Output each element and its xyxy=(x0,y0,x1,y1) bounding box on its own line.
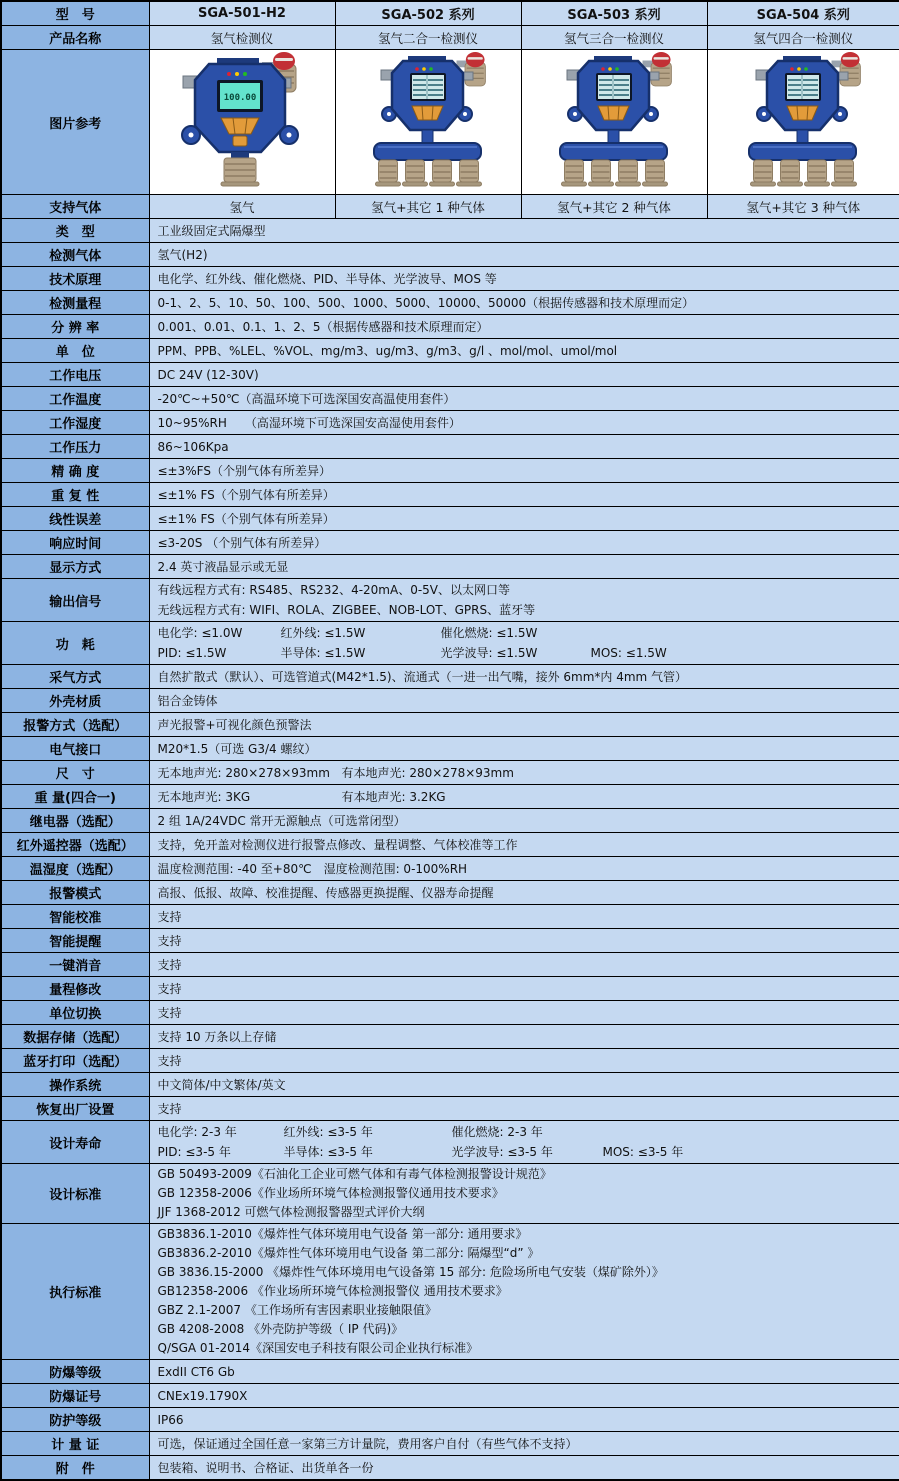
spec-value-segment: 电化学: 2-3 年 xyxy=(158,1122,284,1142)
product-name-1: 氢气检测仪 xyxy=(149,26,335,50)
spec-row: 电气接口M20*1.5（可选 G3/4 螺纹） xyxy=(1,737,899,761)
gas-sensor-probe xyxy=(832,160,857,186)
spec-row-value: 0-1、2、5、10、50、100、500、1000、5000、10000、50… xyxy=(149,291,899,315)
spec-row: 工作电压DC 24V (12-30V) xyxy=(1,363,899,387)
spec-row-label: 尺 寸 xyxy=(1,761,149,785)
spec-value-segment: 无本地声光: 280×278×93mm xyxy=(158,763,342,783)
spec-row-value: 支持 xyxy=(149,1049,899,1073)
spec-row: 显示方式2.4 英寸液晶显示或无显 xyxy=(1,555,899,579)
spec-row: 计 量 证可选，保证通过全国任意一家第三方计量院，费用客户自付（有些气体不支持） xyxy=(1,1432,899,1456)
spec-row: 附 件包装箱、说明书、合格证、出货单各一份 xyxy=(1,1456,899,1481)
gas-support-3: 氢气+其它 2 种气体 xyxy=(521,195,707,219)
spec-row-value: 电化学: ≤1.0W红外线: ≤1.5W催化燃烧: ≤1.5WPID: ≤1.5… xyxy=(149,622,899,665)
spec-row-label: 检测气体 xyxy=(1,243,149,267)
spec-row-value: 有线远程方式有: RS485、RS232、4-20mA、0-5V、以太网口等无线… xyxy=(149,579,899,622)
product-name-row: 产品名称 氢气检测仪 氢气二合一检测仪 氢气三合一检测仪 氢气四合一检测仪 xyxy=(1,26,899,50)
spec-row-label: 精 确 度 xyxy=(1,459,149,483)
spec-row: 输出信号有线远程方式有: RS485、RS232、4-20mA、0-5V、以太网… xyxy=(1,579,899,622)
gas-support-4: 氢气+其它 3 种气体 xyxy=(707,195,899,219)
spec-row-label: 防护等级 xyxy=(1,1408,149,1432)
spec-row: 单位切换支持 xyxy=(1,1001,899,1025)
gas-sensor-probe xyxy=(562,160,587,186)
spec-row-label: 技术原理 xyxy=(1,267,149,291)
spec-row-value: GB3836.1-2010《爆炸性气体环境用电气设备 第一部分: 通用要求》GB… xyxy=(149,1224,899,1360)
spec-row-label: 报警方式（选配） xyxy=(1,713,149,737)
spec-row-value: IP66 xyxy=(149,1408,899,1432)
spec-row-value: ≤±1% FS（个别气体有所差异） xyxy=(149,483,899,507)
product-image-cell: 100.00 xyxy=(149,50,335,195)
gas-sensor-probe xyxy=(589,160,614,186)
image-row: 图片参考 100.00 xyxy=(1,50,899,195)
spec-row-value: 高报、低报、故障、校准提醒、传感器更换提醒、仪器寿命提醒 xyxy=(149,881,899,905)
spec-row-value: GB 50493-2009《石油化工企业可燃气体和有毒气体检测报警设计规范》GB… xyxy=(149,1164,899,1224)
model-sga-502: SGA-502 系列 xyxy=(335,1,521,26)
spec-row: 响应时间≤3-20S （个别气体有所差异） xyxy=(1,531,899,555)
keypad xyxy=(412,106,443,120)
spec-row: 执行标准GB3836.1-2010《爆炸性气体环境用电气设备 第一部分: 通用要… xyxy=(1,1224,899,1360)
spec-row-label: 输出信号 xyxy=(1,579,149,622)
spec-row-label: 重 复 性 xyxy=(1,483,149,507)
spec-row: 红外遥控器（选配）支持，免开盖对检测仪进行报警点修改、量程调整、气体校准等工作 xyxy=(1,833,899,857)
spec-row: 检测气体氢气(H2) xyxy=(1,243,899,267)
spec-value-segment: MOS: ≤1.5W xyxy=(591,643,667,663)
spec-row: 工作湿度10~95%RH （高湿环境下可选深国安高湿使用套件） xyxy=(1,411,899,435)
spec-row-label: 检测量程 xyxy=(1,291,149,315)
spec-row: 功 耗电化学: ≤1.0W红外线: ≤1.5W催化燃烧: ≤1.5WPID: ≤… xyxy=(1,622,899,665)
spec-row-value: 铝合金铸体 xyxy=(149,689,899,713)
spec-value-segment: 有本地声光: 280×278×93mm xyxy=(342,763,514,783)
spec-row-label: 功 耗 xyxy=(1,622,149,665)
keypad xyxy=(787,106,818,120)
spec-row: 报警方式（选配）声光报警+可视化颜色预警法 xyxy=(1,713,899,737)
gas-sensor-probe xyxy=(221,158,259,186)
spec-row-label: 显示方式 xyxy=(1,555,149,579)
spec-row: 防爆等级ExdII CT6 Gb xyxy=(1,1360,899,1384)
spec-value-segment: 半导体: ≤3-5 年 xyxy=(284,1142,452,1162)
spec-row-label: 线性误差 xyxy=(1,507,149,531)
product-name-4: 氢气四合一检测仪 xyxy=(707,26,899,50)
spec-value-segment: PID: ≤3-5 年 xyxy=(158,1142,284,1162)
spec-row-value: 可选，保证通过全国任意一家第三方计量院，费用客户自付（有些气体不支持） xyxy=(149,1432,899,1456)
spec-row-value: 温度检测范围: -40 至+80℃ 湿度检测范围: 0-100%RH xyxy=(149,857,899,881)
gas-sensor-probe xyxy=(457,160,482,186)
spec-row-value: 中文简体/中文繁体/英文 xyxy=(149,1073,899,1097)
spec-row: 工作压力86~106Kpa xyxy=(1,435,899,459)
spec-row-value: 工业级固定式隔爆型 xyxy=(149,219,899,243)
gas-sensor-probe xyxy=(805,160,830,186)
spec-row-value: CNEx19.1790X xyxy=(149,1384,899,1408)
spec-row-label: 设计标准 xyxy=(1,1164,149,1224)
spec-row: 继电器（选配）2 组 1A/24VDC 常开无源触点（可选常闭型） xyxy=(1,809,899,833)
spec-row-value: 2 组 1A/24VDC 常开无源触点（可选常闭型） xyxy=(149,809,899,833)
spec-row: 智能提醒支持 xyxy=(1,929,899,953)
spec-row-value: 支持 xyxy=(149,953,899,977)
spec-value-segment: 有本地声光: 3.2KG xyxy=(342,787,446,807)
spec-value-segment: 电化学: ≤1.0W xyxy=(158,623,281,643)
gas-row-label: 支持气体 xyxy=(1,195,149,219)
spec-row: 采气方式自然扩散式（默认）、可选管道式(M42*1.5)、流通式（一进一出气嘴，… xyxy=(1,665,899,689)
spec-value-segment: 光学波导: ≤3-5 年 xyxy=(452,1142,603,1162)
spec-row-label: 外壳材质 xyxy=(1,689,149,713)
gas-row: 支持气体 氢气 氢气+其它 1 种气体 氢气+其它 2 种气体 氢气+其它 3 … xyxy=(1,195,899,219)
spec-row-value: 氢气(H2) xyxy=(149,243,899,267)
spec-row: 防爆证号CNEx19.1790X xyxy=(1,1384,899,1408)
spec-row: 重 量(四合一)无本地声光: 3KG有本地声光: 3.2KG xyxy=(1,785,899,809)
spec-row: 数据存储（选配）支持 10 万条以上存储 xyxy=(1,1025,899,1049)
spec-row-value: 无本地声光: 3KG有本地声光: 3.2KG xyxy=(149,785,899,809)
spec-row-value: 支持 xyxy=(149,929,899,953)
spec-row-value: 支持 xyxy=(149,905,899,929)
spec-row-value: 支持 xyxy=(149,1001,899,1025)
spec-value-segment: 红外线: ≤1.5W xyxy=(281,623,441,643)
spec-row-label: 继电器（选配） xyxy=(1,809,149,833)
spec-row-value: ≤±3%FS（个别气体有所差异） xyxy=(149,459,899,483)
product-name-2: 氢气二合一检测仪 xyxy=(335,26,521,50)
spec-row: 单 位PPM、PPB、%LEL、%VOL、mg/m3、ug/m3、g/m3、g/… xyxy=(1,339,899,363)
spec-row: 线性误差≤±1% FS（个别气体有所差异） xyxy=(1,507,899,531)
spec-row-value: 包装箱、说明书、合格证、出货单各一份 xyxy=(149,1456,899,1481)
spec-row-value: M20*1.5（可选 G3/4 螺纹） xyxy=(149,737,899,761)
spec-value-segment: PID: ≤1.5W xyxy=(158,643,281,663)
gas-support-1: 氢气 xyxy=(149,195,335,219)
spec-row-label: 分 辨 率 xyxy=(1,315,149,339)
spec-row-label: 采气方式 xyxy=(1,665,149,689)
spec-value-segment: 半导体: ≤1.5W xyxy=(281,643,441,663)
spec-row-value: -20℃~+50℃（高温环境下可选深国安高温使用套件） xyxy=(149,387,899,411)
multi-gas-detector-image xyxy=(353,50,503,190)
gas-sensor-probe xyxy=(616,160,641,186)
spec-row-value: 2.4 英寸液晶显示或无显 xyxy=(149,555,899,579)
spec-row-label: 工作温度 xyxy=(1,387,149,411)
spec-row: 技术原理电化学、红外线、催化燃烧、PID、半导体、光学波导、MOS 等 xyxy=(1,267,899,291)
gas-support-2: 氢气+其它 1 种气体 xyxy=(335,195,521,219)
spec-row-label: 单位切换 xyxy=(1,1001,149,1025)
single-gas-detector-image: 100.00 xyxy=(177,50,307,190)
gas-sensor-probe xyxy=(778,160,803,186)
spec-row-label: 报警模式 xyxy=(1,881,149,905)
spec-row-label: 防爆等级 xyxy=(1,1360,149,1384)
spec-row-value: 支持 10 万条以上存储 xyxy=(149,1025,899,1049)
spec-row-value: DC 24V (12-30V) xyxy=(149,363,899,387)
spec-row: 尺 寸无本地声光: 280×278×93mm有本地声光: 280×278×93m… xyxy=(1,761,899,785)
keypad xyxy=(598,106,629,120)
spec-row-value: 电化学: 2-3 年红外线: ≤3-5 年催化燃烧: 2-3 年PID: ≤3-… xyxy=(149,1121,899,1164)
spec-row-label: 工作压力 xyxy=(1,435,149,459)
model-sga-504: SGA-504 系列 xyxy=(707,1,899,26)
spec-row-value: 电化学、红外线、催化燃烧、PID、半导体、光学波导、MOS 等 xyxy=(149,267,899,291)
spec-row-value: 支持 xyxy=(149,977,899,1001)
gas-sensor-probe xyxy=(403,160,428,186)
spec-row-label: 设计寿命 xyxy=(1,1121,149,1164)
spec-row-value: 支持，免开盖对检测仪进行报警点修改、量程调整、气体校准等工作 xyxy=(149,833,899,857)
gas-sensor-probe xyxy=(643,160,668,186)
spec-row-label: 工作湿度 xyxy=(1,411,149,435)
spec-row-label: 一键消音 xyxy=(1,953,149,977)
spec-value-segment: 催化燃烧: ≤1.5W xyxy=(441,623,591,643)
spec-rows-body: 类 型工业级固定式隔爆型检测气体氢气(H2)技术原理电化学、红外线、催化燃烧、P… xyxy=(1,219,899,1481)
spec-row-label: 蓝牙打印（选配） xyxy=(1,1049,149,1073)
gas-sensor-probe xyxy=(751,160,776,186)
spec-row-value: PPM、PPB、%LEL、%VOL、mg/m3、ug/m3、g/m3、g/l 、… xyxy=(149,339,899,363)
spec-row-value: 0.001、0.01、0.1、1、2、5（根据传感器和技术原理而定） xyxy=(149,315,899,339)
spec-row-label: 工作电压 xyxy=(1,363,149,387)
product-spec-table: 型 号 SGA-501-H2 SGA-502 系列 SGA-503 系列 SGA… xyxy=(0,0,899,1481)
spec-row-label: 数据存储（选配） xyxy=(1,1025,149,1049)
spec-row-value: 声光报警+可视化颜色预警法 xyxy=(149,713,899,737)
product-name-label: 产品名称 xyxy=(1,26,149,50)
spec-value-segment: 催化燃烧: 2-3 年 xyxy=(452,1122,603,1142)
spec-row: 温湿度（选配）温度检测范围: -40 至+80℃ 湿度检测范围: 0-100%R… xyxy=(1,857,899,881)
image-row-label: 图片参考 xyxy=(1,50,149,195)
multi-gas-detector-image xyxy=(539,50,689,190)
spec-row-label: 响应时间 xyxy=(1,531,149,555)
spec-row-value: ExdII CT6 Gb xyxy=(149,1360,899,1384)
spec-value-segment: 无本地声光: 3KG xyxy=(158,787,342,807)
spec-row-label: 类 型 xyxy=(1,219,149,243)
spec-row-value: 自然扩散式（默认）、可选管道式(M42*1.5)、流通式（一进一出气嘴，接外 6… xyxy=(149,665,899,689)
spec-row-value: 支持 xyxy=(149,1097,899,1121)
spec-row-label: 计 量 证 xyxy=(1,1432,149,1456)
spec-row: 蓝牙打印（选配）支持 xyxy=(1,1049,899,1073)
model-row: 型 号 SGA-501-H2 SGA-502 系列 SGA-503 系列 SGA… xyxy=(1,1,899,26)
spec-row-value: 10~95%RH （高湿环境下可选深国安高湿使用套件） xyxy=(149,411,899,435)
spec-row: 检测量程0-1、2、5、10、50、100、500、1000、5000、1000… xyxy=(1,291,899,315)
spec-value-segment: MOS: ≤3-5 年 xyxy=(603,1142,684,1162)
screen-reading: 100.00 xyxy=(224,93,257,103)
spec-value-segment: 光学波导: ≤1.5W xyxy=(441,643,591,663)
spec-row: 一键消音支持 xyxy=(1,953,899,977)
spec-row-label: 红外遥控器（选配） xyxy=(1,833,149,857)
spec-value-segment: 红外线: ≤3-5 年 xyxy=(284,1122,452,1142)
spec-row: 恢复出厂设置支持 xyxy=(1,1097,899,1121)
product-image-cell xyxy=(335,50,521,195)
spec-row-value: 86~106Kpa xyxy=(149,435,899,459)
spec-row: 智能校准支持 xyxy=(1,905,899,929)
spec-row: 外壳材质铝合金铸体 xyxy=(1,689,899,713)
spec-row: 工作温度-20℃~+50℃（高温环境下可选深国安高温使用套件） xyxy=(1,387,899,411)
spec-row-label: 温湿度（选配） xyxy=(1,857,149,881)
product-name-3: 氢气三合一检测仪 xyxy=(521,26,707,50)
model-sga-501: SGA-501-H2 xyxy=(149,1,335,26)
spec-row: 报警模式高报、低报、故障、校准提醒、传感器更换提醒、仪器寿命提醒 xyxy=(1,881,899,905)
spec-row-label: 附 件 xyxy=(1,1456,149,1481)
spec-row-value: ≤±1% FS（个别气体有所差异） xyxy=(149,507,899,531)
multi-gas-detector-image xyxy=(728,50,878,190)
spec-row: 精 确 度≤±3%FS（个别气体有所差异） xyxy=(1,459,899,483)
gas-sensor-probe xyxy=(430,160,455,186)
spec-row-label: 重 量(四合一) xyxy=(1,785,149,809)
spec-row-label: 防爆证号 xyxy=(1,1384,149,1408)
spec-row: 防护等级IP66 xyxy=(1,1408,899,1432)
model-sga-503: SGA-503 系列 xyxy=(521,1,707,26)
spec-row: 设计寿命电化学: 2-3 年红外线: ≤3-5 年催化燃烧: 2-3 年PID:… xyxy=(1,1121,899,1164)
model-row-label: 型 号 xyxy=(1,1,149,26)
spec-row-label: 量程修改 xyxy=(1,977,149,1001)
gas-sensor-probe xyxy=(376,160,401,186)
spec-row-label: 执行标准 xyxy=(1,1224,149,1360)
spec-row: 类 型工业级固定式隔爆型 xyxy=(1,219,899,243)
spec-row: 操作系统中文简体/中文繁体/英文 xyxy=(1,1073,899,1097)
product-image-cell xyxy=(707,50,899,195)
spec-row-label: 恢复出厂设置 xyxy=(1,1097,149,1121)
spec-row: 分 辨 率0.001、0.01、0.1、1、2、5（根据传感器和技术原理而定） xyxy=(1,315,899,339)
spec-row-label: 操作系统 xyxy=(1,1073,149,1097)
product-image-cell xyxy=(521,50,707,195)
spec-row: 量程修改支持 xyxy=(1,977,899,1001)
spec-row-label: 智能提醒 xyxy=(1,929,149,953)
spec-row: 重 复 性≤±1% FS（个别气体有所差异） xyxy=(1,483,899,507)
spec-row-value: 无本地声光: 280×278×93mm有本地声光: 280×278×93mm xyxy=(149,761,899,785)
spec-row-label: 单 位 xyxy=(1,339,149,363)
spec-row-value: ≤3-20S （个别气体有所差异） xyxy=(149,531,899,555)
spec-row-label: 电气接口 xyxy=(1,737,149,761)
spec-row-label: 智能校准 xyxy=(1,905,149,929)
spec-row: 设计标准GB 50493-2009《石油化工企业可燃气体和有毒气体检测报警设计规… xyxy=(1,1164,899,1224)
